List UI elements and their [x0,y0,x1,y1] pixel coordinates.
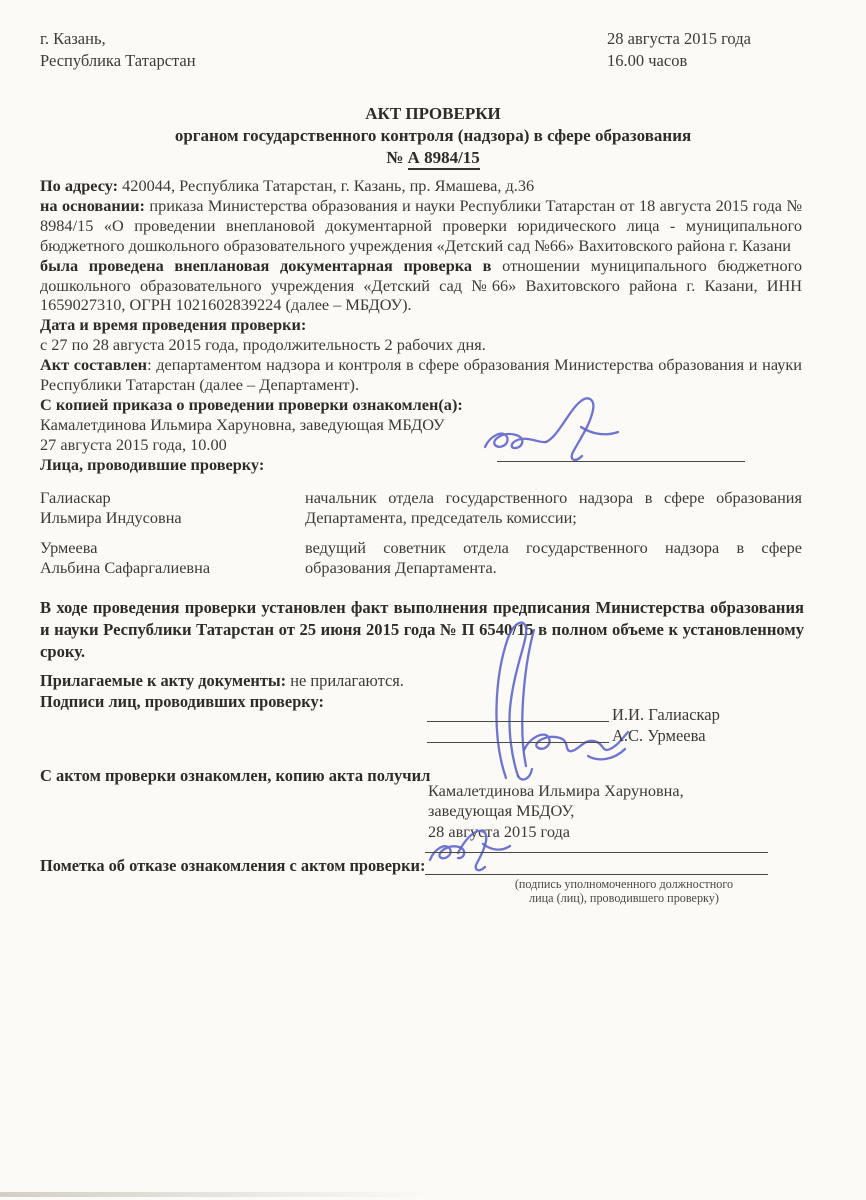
inspectors-list: Галиаскар Ильмира Индусовна начальник от… [40,488,802,578]
inspector-row: Урмеева Альбина Сафаргалиевна ведущий со… [40,538,802,579]
refusal-row: Пометка об отказе ознакомления с актом п… [40,856,768,875]
paragraph-period-label: Дата и время проведения проверки: [40,315,802,335]
header-time: 16.00 часов [607,50,751,72]
inspector-row: Галиаскар Ильмира Индусовна начальник от… [40,488,802,529]
header-place: г. Казань, Республика Татарстан [40,28,196,72]
attachments-line: Прилагаемые к акту документы: не прилага… [40,670,804,691]
header-place-region: Республика Татарстан [40,50,196,72]
signer-name-1: И.И. Галиаскар [612,705,720,724]
scanned-act-document: г. Казань, Республика Татарстан 28 авгус… [0,0,866,1200]
inspector-position: ведущий советник отдела государственного… [305,538,802,579]
title-block: АКТ ПРОВЕРКИ органом государственного ко… [0,103,866,169]
conclusion-paragraph: В ходе проведения проверки установлен фа… [40,597,804,662]
doc-number: А 8984/15 [408,148,480,170]
address-text: 420044, Республика Татарстан, г. Казань,… [118,176,534,195]
basis-label: на основании: [40,196,145,215]
acknowledgment-label: С актом проверки ознакомлен, копию акта … [40,766,430,786]
paragraph-conducted: была проведена внеплановая документарная… [40,256,802,316]
inspector-name: Урмеева Альбина Сафаргалиевна [40,538,305,579]
signer-name-2: А.С. Урмеева [612,726,706,745]
signature-ink-acquainted [478,394,653,468]
header-datetime: 28 августа 2015 года 16.00 часов [607,28,751,72]
paragraph-composed: Акт составлен: департаментом надзора и к… [40,355,802,395]
inspector-position: начальник отдела государственного надзор… [305,488,802,529]
paragraph-period-text: с 27 по 28 августа 2015 года, продолжите… [40,335,802,355]
doc-number-prefix: № [386,148,407,167]
doc-number-row: № А 8984/15 [0,147,866,169]
refusal-blank-line [425,857,768,875]
doc-subtitle: органом государственного контроля (надзо… [0,125,866,147]
signature-line-acknowledgment [425,852,768,853]
refusal-label: Пометка об отказе ознакомления с актом п… [40,856,425,875]
paragraph-inspectors-label: Лица, проводившие проверку: [40,455,802,475]
scan-artifact [0,1192,430,1197]
basis-text: приказа Министерства образования и науки… [40,196,802,255]
header-date: 28 августа 2015 года [607,28,751,50]
composed-text: : департаментом надзора и контроля в сфе… [40,355,802,394]
paragraph-basis: на основании: приказа Министерства образ… [40,196,802,256]
attachments-label: Прилагаемые к акту документы: [40,671,286,690]
signature-line-signer-2 [427,742,609,743]
signature-line-signer-1 [427,721,609,722]
conducted-label: была проведена внеплановая документарная… [40,256,491,275]
paragraph-address: По адресу: 420044, Республика Татарстан,… [40,176,802,196]
paragraph-copy-datetime: 27 августа 2015 года, 10.00 [40,435,802,455]
paragraph-copy-person: Камалетдинова Ильмира Харуновна, заведую… [40,415,802,435]
body-paragraphs: По адресу: 420044, Республика Татарстан,… [40,176,802,475]
composed-label: Акт составлен [40,355,147,374]
header-place-city: г. Казань, [40,28,196,50]
paragraph-copy-label: С копией приказа о проведении проверки о… [40,395,802,415]
signature-line-acquainted [497,461,745,462]
refusal-note: (подпись уполномоченного должностного ли… [468,877,780,906]
inspector-name: Галиаскар Ильмира Индусовна [40,488,305,529]
doc-title: АКТ ПРОВЕРКИ [0,103,866,125]
attachments-text: не прилагаются. [286,671,404,690]
address-label: По адресу: [40,176,118,195]
